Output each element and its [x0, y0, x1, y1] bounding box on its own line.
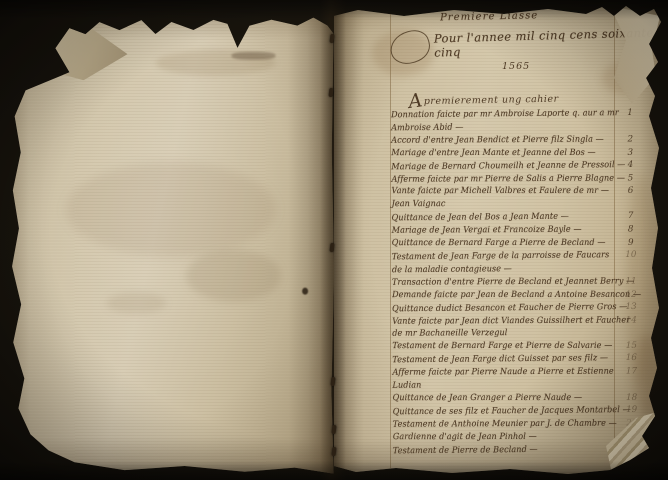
entry-margin-number: 1 — [615, 107, 645, 120]
entry-text: Quittance de Jean Granger a Pierre Naude… — [393, 392, 600, 405]
entry-margin-number: 16 — [616, 352, 646, 365]
archive-manuscript-scan: Premiere Liasse Pour l'annee mil cinq ce… — [0, 0, 668, 480]
register-entry: Testament de Jean Farge de la parroisse … — [392, 249, 662, 277]
entry-text: Transaction d'entre Pierre de Becland et… — [392, 275, 599, 289]
entry-text: Gardienne d'agit de Jean Pinhol — — [393, 431, 600, 444]
register-entry: Accord d'entre Jean Bendict et Pierre fi… — [391, 133, 661, 147]
entry-margin-number: 13 — [616, 300, 646, 313]
ink-scribble-mark — [231, 52, 275, 60]
entry-margin-number: 19 — [617, 404, 647, 417]
register-entry: Mariage de Jean Vergai et Francoize Bayl… — [392, 223, 662, 237]
entry-text: Testament de Anthoine Meunier par J. de … — [393, 417, 600, 431]
subheader-text: premierement ung cahier — [424, 94, 559, 107]
register-entry: Vante faicte par Jean dict Viandes Guiss… — [392, 314, 662, 341]
register-entry: Demande faicte par Jean de Becland a Ant… — [392, 289, 662, 302]
entry-text: Donnation faicte par mr Ambroise Laporte… — [391, 107, 598, 135]
entry-text: Vante faicte par Jean dict Viandes Guiss… — [392, 314, 599, 341]
left-page — [5, 12, 334, 475]
entry-margin-number: 10 — [616, 249, 646, 262]
entry-margin-number: 12 — [616, 289, 646, 302]
register-entry: Vante faicte par Michell Valbres et Faul… — [392, 185, 662, 211]
calligraphic-flourish-icon — [387, 26, 434, 68]
entry-margin-number: 11 — [616, 275, 646, 288]
entry-margin-number: 17 — [616, 366, 646, 379]
binding-stitch — [328, 88, 333, 97]
entry-margin-number: 14 — [616, 314, 646, 327]
register-entry: Testament de Anthoine Meunier par J. de … — [393, 417, 663, 431]
register-entry: Transaction d'entre Pierre de Becland et… — [392, 275, 662, 289]
entries-list: Donnation faicte par mr Ambroise Laporte… — [391, 107, 663, 457]
decorated-initial: A — [408, 95, 423, 107]
register-entry: Mariage d'entre Jean Mante et Jeanne del… — [391, 147, 661, 160]
entry-text: Demande faicte par Jean de Becland a Ant… — [392, 289, 599, 302]
entry-margin-number: 2 — [615, 133, 645, 146]
entry-text: Quittance de Bernard Farge a Pierre de B… — [392, 237, 599, 250]
entry-text: Testament de Bernard Farge et Pierre de … — [392, 340, 599, 353]
entry-text: Vante faicte par Michell Valbres et Faul… — [392, 185, 599, 211]
register-entry: Quittance de Jean Granger a Pierre Naude… — [393, 392, 663, 405]
binding-stitch — [329, 243, 334, 252]
entry-margin-number: 18 — [617, 392, 647, 405]
bleed-through-smudge — [186, 250, 281, 302]
register-entry: Afferme faicte par Pierre Naude a Pierre… — [392, 365, 662, 392]
stain — [106, 292, 166, 314]
binding-stitch — [329, 34, 334, 43]
page-edge-shading — [5, 12, 334, 475]
bleed-through-smudge — [66, 162, 276, 258]
entry-margin-number: 3 — [615, 147, 645, 160]
entry-text: Accord d'entre Jean Bendict et Pierre fi… — [391, 133, 598, 147]
section-subheader: Apremierement ung cahier — [408, 87, 559, 109]
torn-corner-flap — [19, 18, 131, 84]
entry-text: Afferme faicte par Pierre Naude a Pierre… — [392, 366, 599, 393]
right-page: Premiere Liasse Pour l'annee mil cinq ce… — [334, 4, 666, 476]
entry-margin-number: 8 — [616, 224, 646, 237]
entry-margin-number: 6 — [616, 185, 646, 198]
ink-spot — [302, 288, 308, 295]
register-entry: Donnation faicte par mr Ambroise Laporte… — [391, 107, 661, 135]
entry-text: Mariage de Jean Vergai et Francoize Bayl… — [392, 224, 599, 238]
gutter-shadow — [5, 12, 334, 475]
entry-text: Mariage d'entre Jean Mante et Jeanne del… — [391, 147, 598, 160]
entry-text: Testament de Pierre de Becland — — [393, 443, 600, 458]
paper-texture — [5, 12, 334, 475]
entry-text: Testament de Jean Farge de la parroisse … — [392, 249, 599, 277]
entry-margin-number: 7 — [616, 210, 646, 223]
stain — [155, 50, 275, 76]
